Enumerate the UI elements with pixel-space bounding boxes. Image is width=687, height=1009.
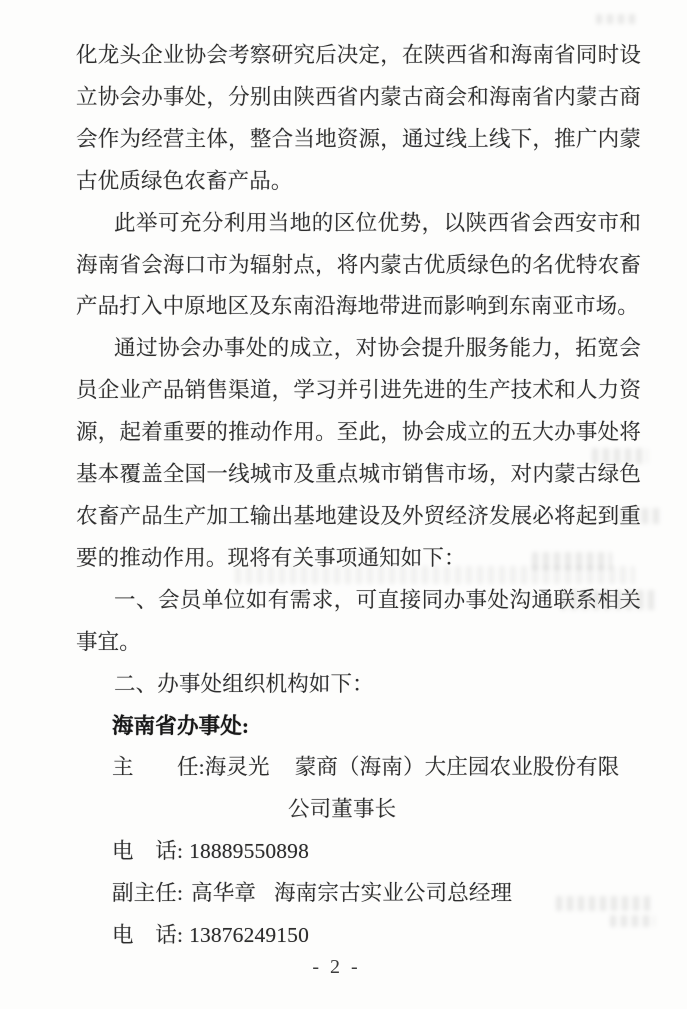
scan-artifact (596, 14, 636, 24)
contact-row-director: 主 任:海灵光蒙商（海南）大庄园农业股份有限公司董事长 (76, 747, 641, 831)
list-item-one: 一、会员单位如有需求，可直接同办事处沟通联系相关事宜。 (76, 580, 641, 664)
body-paragraph: 化龙头企业协会考察研究后决定，在陕西省和海南省同时设立协会办事处，分别由陕西省内… (76, 35, 641, 203)
contact-label: 主 任: (112, 755, 205, 779)
contact-phone-number: 18889550898 (189, 839, 309, 863)
contact-row-deputy-phone: 电 话:13876249150 (112, 915, 641, 957)
contact-row-deputy: 副主任:高华章海南宗古实业公司总经理 (112, 873, 641, 915)
body-paragraph: 此举可充分利用当地的区位优势，以陕西省会西安市和海南省会海口市为辐射点，将内蒙古… (76, 203, 641, 329)
document-page: 化龙头企业协会考察研究后决定，在陕西省和海南省同时设立协会办事处，分别由陕西省内… (0, 0, 687, 1009)
list-item-two: 二、办事处组织机构如下： (76, 664, 641, 706)
contact-phone-number: 13876249150 (189, 923, 309, 947)
contact-title: 蒙商（海南）大庄园农业股份有限公司董事长 (288, 755, 619, 821)
contact-label: 副主任: (112, 881, 183, 905)
contact-row-director-phone: 电 话:18889550898 (112, 831, 641, 873)
section-heading: 海南省办事处: (76, 706, 641, 748)
body-paragraph: 通过协会办事处的成立，对协会提升服务能力，拓宽会员企业产品销售渠道，学习并引进先… (76, 328, 641, 579)
page-number: - 2 - (0, 956, 673, 982)
contact-name: 高华章 (191, 881, 256, 905)
contact-title: 海南宗古实业公司总经理 (274, 881, 512, 905)
contact-label: 电 话: (112, 923, 183, 947)
contact-name: 海灵光 (205, 755, 270, 779)
contact-label: 电 话: (112, 839, 183, 863)
document-body: 化龙头企业协会考察研究后决定，在陕西省和海南省同时设立协会办事处，分别由陕西省内… (76, 35, 641, 957)
